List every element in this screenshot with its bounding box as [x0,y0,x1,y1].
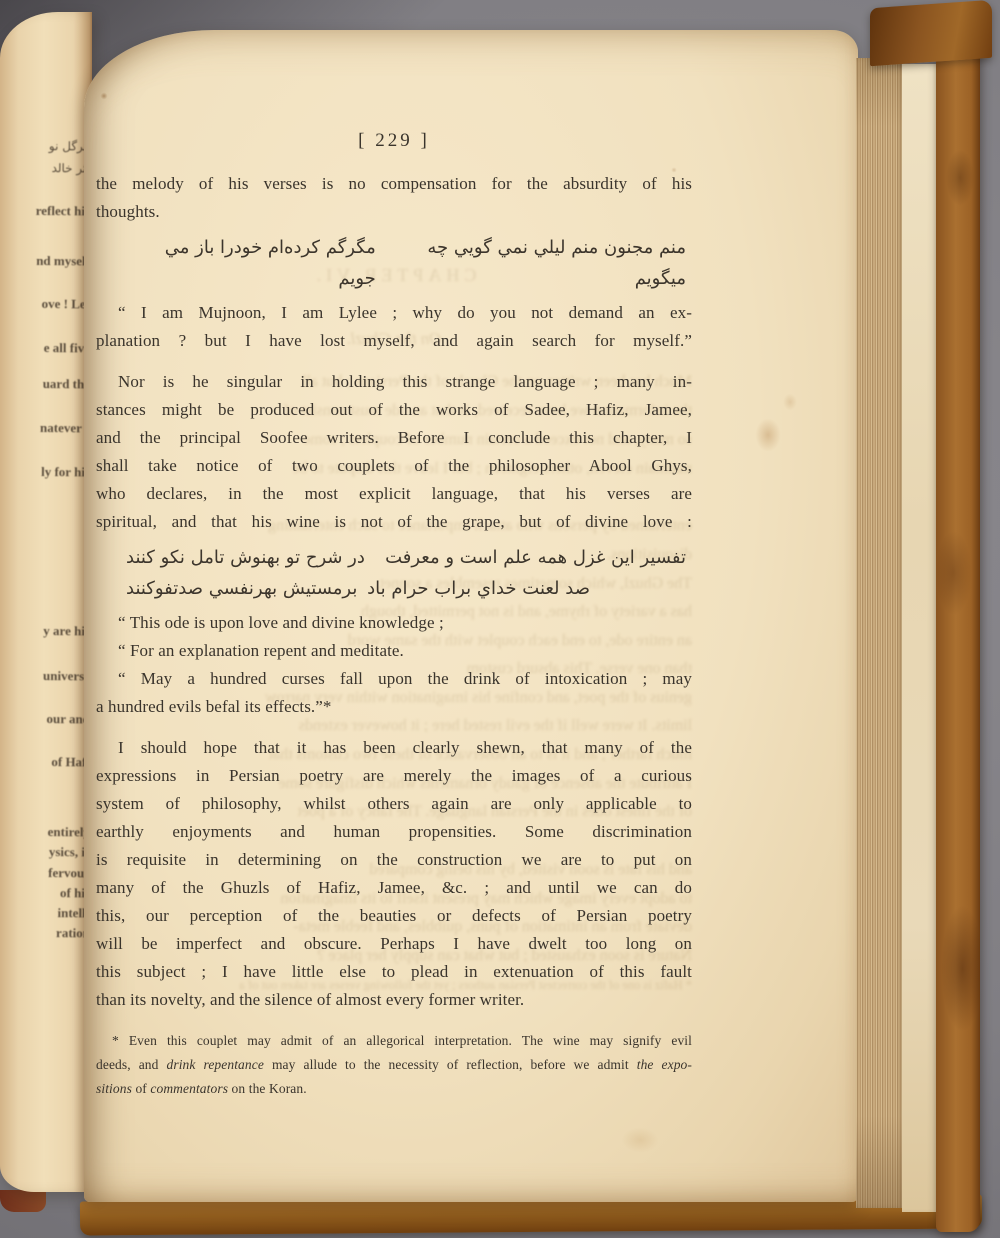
persian-verse-line: تفسير اين غزل همه علم است و معرفتدر شرح … [96,542,692,573]
hemistich-right: صد لعنت خداي براب حرام باد [367,573,590,604]
book-photograph: { "page_number": "[ 229 ]", "palette": {… [0,0,1000,1238]
body-line: the melody of his verses is no compensat… [96,170,692,198]
body-line: this subject ; I have little else to ple… [96,958,692,986]
body-block: the melody of his verses is no compensat… [96,170,692,226]
fore-edge-page-stack [856,58,904,1208]
hemistich-right: تفسير اين غزل همه علم است و معرفت [385,542,686,573]
body-line: stances might be produced out of the wor… [96,396,692,424]
footnote-line: deeds, and drink repentance may allude t… [96,1053,692,1077]
footnote-line: sitions of commentators on the Koran. [96,1077,692,1101]
left-page-text-fragment: of his [0,885,90,902]
previous-page-curled-edge: هرگل نونثر خالدreflect hisnd myselfove !… [0,12,92,1192]
body-line: many of the Ghuzls of Hafiz, Jamee, &c. … [96,874,692,902]
persian-verse-line: صد لعنت خداي براب حرام بادبرمستيش بهرنفس… [96,573,692,604]
left-page-text-fragment: ration [0,925,90,942]
body-line: shall take notice of two couplets of the… [96,452,692,480]
spine-edge-sliver [0,1190,46,1212]
quote-line: “ This ode is upon love and divine knowl… [96,609,692,637]
left-page-text-fragment: e all five [0,340,90,357]
body-line: will be imperfect and obscure. Perhaps I… [96,930,692,958]
body-line: this, our perception of the beauties or … [96,902,692,930]
left-page-text-fragment: ysics, is [0,844,90,861]
left-page-text-fragment: universe [0,668,90,685]
left-page-text-fragment: nd myself [0,253,90,270]
left-page-text-fragment: intell- [0,905,90,922]
hemistich-left: برمستيش بهرنفسي صدتفوكنند [126,573,357,604]
quote-line: a hundred evils befal its effects.”* [96,693,692,721]
left-page-text-fragment: ly for his [0,464,90,481]
leather-cover-right-edge [936,34,980,1232]
body-block: I should hope that it has been clearly s… [96,734,692,1014]
quote-line: “ For an explanation repent and meditate… [96,637,692,665]
hemistich-left: مگرگم كرده‌ام خودرا باز مي جويم [126,232,376,294]
quote-line: “ May a hundred curses fall upon the dri… [96,665,692,693]
body-line: than its novelty, and the silence of alm… [96,986,692,1014]
left-page-text-fragment: نثر خالد [0,160,90,177]
body-line: is requisite in determining on the const… [96,846,692,874]
body-block: Nor is he singular in holding this stran… [96,368,692,536]
persian-block: منم مجنون منم ليلي نمي گويي چه ميگويممگر… [96,232,692,294]
left-page-text-fragment: of Hafi [0,754,90,771]
body-line: Nor is he singular in holding this stran… [96,368,692,396]
body-line: who declares, in the most explicit langu… [96,480,692,508]
body-line: system of philosophy, whilst others agai… [96,790,692,818]
endpaper-strip [902,64,938,1212]
quote-block: “ I am Mujnoon, I am Lylee ; why do you … [96,299,692,355]
body-line: I should hope that it has been clearly s… [96,734,692,762]
persian-block: تفسير اين غزل همه علم است و معرفتدر شرح … [96,542,692,604]
left-page-text-fragment: reflect his [0,203,90,220]
left-page-text-fragment: y are his [0,623,90,640]
text-column: [ 229 ] the melody of his verses is no c… [96,128,692,1101]
left-page-text-fragment: fervour [0,865,90,882]
body-line: spiritual, and that his wine is not of t… [96,508,692,536]
persian-verse-line: منم مجنون منم ليلي نمي گويي چه ميگويممگر… [96,232,692,294]
left-page-text-fragment: entirely [0,824,90,841]
quote-line: planation ? but I have lost myself, and … [96,327,692,355]
body-line: thoughts. [96,198,692,226]
left-page-text-fragment: natever I [0,420,90,437]
hemistich-right: منم مجنون منم ليلي نمي گويي چه ميگويم [376,232,686,294]
footnote-line: * Even this couplet may admit of an alle… [96,1029,692,1053]
body-line: and the principal Soofee writers. Before… [96,424,692,452]
leather-cover-top-corner [870,0,992,66]
hemistich-left: در شرح تو بهنوش تامل نكو كنند [126,542,365,573]
quote-block: “ This ode is upon love and divine knowl… [96,609,692,721]
page-number: [ 229 ] [96,128,692,154]
left-page-text-fragment: ove ! Let [0,296,90,313]
left-page-text-fragment: uard the [0,376,90,393]
body-line: expressions in Persian poetry are merely… [96,762,692,790]
quote-line: “ I am Mujnoon, I am Lylee ; why do you … [96,299,692,327]
body-line: earthly enjoyments and human propensitie… [96,818,692,846]
left-page-text-fragment: هرگل نو [0,138,90,155]
left-page-text-fragment: our and [0,711,90,728]
footnote-block: * Even this couplet may admit of an alle… [96,1029,692,1101]
